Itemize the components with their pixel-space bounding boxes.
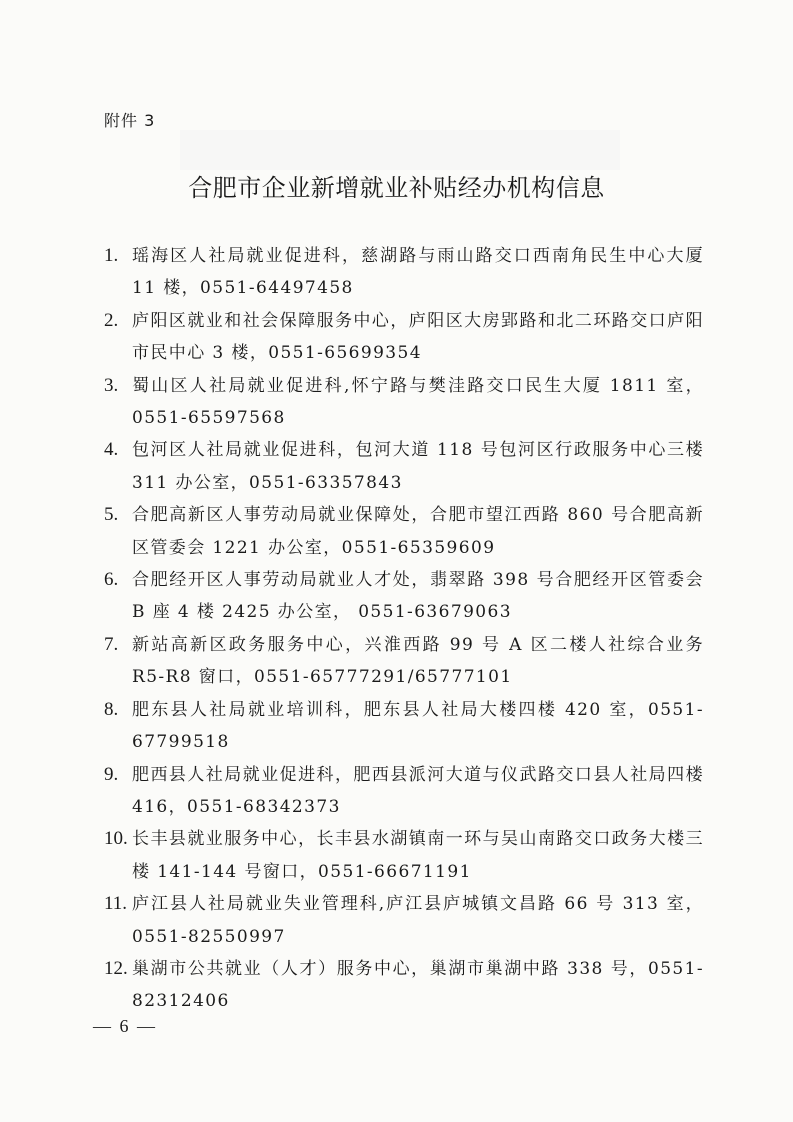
item-number: 7. (104, 629, 132, 694)
item-text: 巢湖市公共就业（人才）服务中心，巢湖市巢湖中路 338 号，0551-82312… (132, 953, 704, 1018)
list-item: 1. 瑶海区人社局就业促进科，慈湖路与雨山路交口西南角民生中心大厦 11 楼，0… (104, 240, 704, 305)
agency-list: 1. 瑶海区人社局就业促进科，慈湖路与雨山路交口西南角民生中心大厦 11 楼，0… (104, 240, 704, 1018)
page-number: — 6 — (93, 1016, 157, 1037)
list-item: 8. 肥东县人社局就业培训科，肥东县人社局大楼四楼 420 室，0551-677… (104, 694, 704, 759)
item-text: 瑶海区人社局就业促进科，慈湖路与雨山路交口西南角民生中心大厦 11 楼，0551… (132, 240, 704, 305)
list-item: 2. 庐阳区就业和社会保障服务中心，庐阳区大房郢路和北二环路交口庐阳市民中心 3… (104, 305, 704, 370)
list-item: 3. 蜀山区人社局就业促进科,怀宁路与樊洼路交口民生大厦 1811 室，0551… (104, 370, 704, 435)
item-number: 5. (104, 499, 132, 564)
list-item: 4. 包河区人社局就业促进科，包河大道 118 号包河区行政服务中心三楼 311… (104, 434, 704, 499)
item-number: 6. (104, 564, 132, 629)
attachment-label: 附件 3 (104, 108, 155, 131)
list-item: 9. 肥西县人社局就业促进科，肥西县派河大道与仪武路交口县人社局四楼 416，0… (104, 759, 704, 824)
item-number: 12. (104, 953, 132, 1018)
item-text: 合肥高新区人事劳动局就业保障处，合肥市望江西路 860 号合肥高新区管委会 12… (132, 499, 704, 564)
item-number: 3. (104, 370, 132, 435)
list-item: 10. 长丰县就业服务中心，长丰县水湖镇南一环与吴山南路交口政务大楼三楼 141… (104, 823, 704, 888)
item-number: 4. (104, 434, 132, 499)
item-number: 11. (104, 888, 132, 953)
item-text: 合肥经开区人事劳动局就业人才处，翡翠路 398 号合肥经开区管委会 B 座 4 … (132, 564, 704, 629)
item-text: 肥东县人社局就业培训科，肥东县人社局大楼四楼 420 室，0551-677995… (132, 694, 704, 759)
show-through-artifact (180, 130, 620, 170)
item-number: 9. (104, 759, 132, 824)
item-text: 长丰县就业服务中心，长丰县水湖镇南一环与吴山南路交口政务大楼三楼 141-144… (132, 823, 704, 888)
document-title: 合肥市企业新增就业补贴经办机构信息 (0, 168, 793, 203)
item-text: 蜀山区人社局就业促进科,怀宁路与樊洼路交口民生大厦 1811 室，0551-65… (132, 370, 704, 435)
item-text: 新站高新区政务服务中心，兴淮西路 99 号 A 区二楼人社综合业务 R5-R8 … (132, 629, 704, 694)
item-number: 10. (104, 823, 132, 888)
list-item: 11. 庐江县人社局就业失业管理科,庐江县庐城镇文昌路 66 号 313 室，0… (104, 888, 704, 953)
list-item: 5. 合肥高新区人事劳动局就业保障处，合肥市望江西路 860 号合肥高新区管委会… (104, 499, 704, 564)
item-number: 1. (104, 240, 132, 305)
item-number: 2. (104, 305, 132, 370)
list-item: 6. 合肥经开区人事劳动局就业人才处，翡翠路 398 号合肥经开区管委会 B 座… (104, 564, 704, 629)
item-number: 8. (104, 694, 132, 759)
item-text: 庐阳区就业和社会保障服务中心，庐阳区大房郢路和北二环路交口庐阳市民中心 3 楼，… (132, 305, 704, 370)
item-text: 包河区人社局就业促进科，包河大道 118 号包河区行政服务中心三楼 311 办公… (132, 434, 704, 499)
list-item: 12. 巢湖市公共就业（人才）服务中心，巢湖市巢湖中路 338 号，0551-8… (104, 953, 704, 1018)
item-text: 庐江县人社局就业失业管理科,庐江县庐城镇文昌路 66 号 313 室，0551-… (132, 888, 704, 953)
item-text: 肥西县人社局就业促进科，肥西县派河大道与仪武路交口县人社局四楼 416，0551… (132, 759, 704, 824)
list-item: 7. 新站高新区政务服务中心，兴淮西路 99 号 A 区二楼人社综合业务 R5-… (104, 629, 704, 694)
